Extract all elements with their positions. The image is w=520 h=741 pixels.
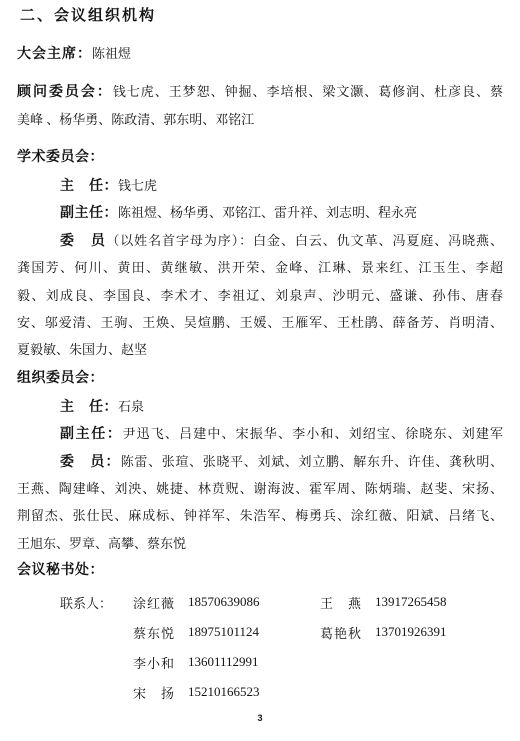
organizing-director-label: 主 任： [60, 398, 118, 414]
advisory-names-line-2: 美峰 、杨华勇、陈政清、郭东明、邓铭江 [17, 106, 503, 134]
contact-phone: 18975101124 [188, 624, 320, 640]
contact-name: 涂红薇 [133, 593, 188, 612]
organizing-members-label: 委 员： [60, 453, 121, 469]
academic-members-first-line: 委 员（以姓名首字母为序）：白金、白云、仇文革、冯夏庭、冯晓燕、 [17, 227, 503, 254]
organizing-deputy-label: 副主任： [60, 425, 123, 441]
academic-members-note: （以姓名首字母为序）： [106, 233, 253, 248]
organizing-members-first-line: 委 员：陈雷、张瑄、张晓平、刘斌、刘立鹏、解东升、许佳、龚秋明、 [17, 448, 503, 475]
organizing-committee-body: 主 任：石泉 副主任：尹迅飞、吕建中、宋振华、李小和、刘绍宝、徐晓东、刘建军 委… [17, 393, 503, 557]
contact-label: 联系人： [60, 593, 133, 612]
chairman-row: 大会主席：陈祖煜 [17, 44, 503, 63]
academic-director-row: 主 任：钱七虎 [17, 172, 503, 199]
academic-deputy-row: 副主任：陈祖煜、杨华勇、邓铭江、雷升祥、刘志明、程永亮 [17, 199, 503, 226]
advisory-label: 顾问委员会： [17, 83, 113, 99]
organizing-director-row: 主 任：石泉 [17, 393, 503, 420]
academic-committee-heading: 学术委员会： [17, 146, 503, 166]
contact-phone: 18570639086 [188, 594, 320, 610]
organizing-committee-heading: 组织委员会： [17, 367, 503, 387]
organizing-deputy-names: 尹迅飞、吕建中、宋振华、李小和、刘绍宝、徐晓东、刘建军 [123, 426, 503, 441]
academic-members-line: 毅、刘成良、李国良、李术才、李祖辽、刘泉声、沙明元、盛谦、孙伟、唐春 [17, 282, 503, 309]
chairman-label: 大会主席： [17, 45, 92, 61]
contact-row: 李小和 13601112991 [60, 647, 503, 677]
academic-members-line: 夏毅敏、朱国力、赵坚 [17, 336, 503, 363]
academic-members-line: 龚国芳、何川、黄田、黄继敏、洪开荣、金峰、江琳、景来红、江玉生、李超 [17, 254, 503, 281]
organizing-members-line: 陈雷、张瑄、张晓平、刘斌、刘立鹏、解东升、许佳、龚秋明、 [121, 454, 503, 469]
contact-row: 宋 扬 15210166523 [60, 677, 503, 707]
academic-deputy-label: 副主任： [60, 204, 118, 220]
academic-members-line: 安、邬爱清、王驹、王焕、吴煊鹏、王媛、王雁军、王杜鹃、薛备芳、肖明清、 [17, 309, 503, 336]
contact-phone: 15210166523 [188, 684, 320, 700]
academic-members: 委 员（以姓名首字母为序）：白金、白云、仇文革、冯夏庭、冯晓燕、 龚国芳、何川、… [17, 227, 503, 364]
contact-phone: 13601112991 [188, 654, 320, 670]
page-title: 二、会议组织机构 [17, 6, 503, 26]
contacts-table: 联系人： 涂红薇 18570639086 王 燕 13917265458 蔡东悦… [60, 587, 503, 707]
contact-phone: 13917265458 [375, 594, 503, 610]
contact-name: 王 燕 [320, 593, 375, 612]
organizing-members: 委 员：陈雷、张瑄、张晓平、刘斌、刘立鹏、解东升、许佳、龚秋明、 王燕、陶建峰、… [17, 448, 503, 558]
organizing-director-name: 石泉 [118, 399, 144, 414]
advisory-first-line: 顾问委员会：钱七虎、王梦恕、钟掘、李培根、梁文灏、葛修润、杜彦良、蔡 [17, 78, 503, 106]
contact-name: 李小和 [133, 653, 188, 672]
organizing-members-line: 王旭东、罗章、高攀、蔡东悦 [17, 530, 503, 557]
academic-members-label: 委 员 [60, 232, 106, 248]
page-number: 3 [0, 713, 520, 723]
secretariat-heading: 会议秘书处： [17, 559, 503, 579]
contact-row: 联系人： 涂红薇 18570639086 王 燕 13917265458 [60, 587, 503, 617]
contact-name: 蔡东悦 [133, 623, 188, 642]
organizing-members-line: 荆留杰、张仕民、麻成标、钟祥军、朱浩军、梅勇兵、涂红薇、阳斌、吕绪飞、 [17, 502, 503, 529]
academic-director-name: 钱七虎 [118, 178, 157, 193]
advisory-committee: 顾问委员会：钱七虎、王梦恕、钟掘、李培根、梁文灏、葛修润、杜彦良、蔡 美峰 、杨… [17, 78, 503, 133]
organizing-members-line: 王燕、陶建峰、刘泱、姚捷、林贲贶、谢海波、霍军周、陈炳瑞、赵斐、宋扬、 [17, 475, 503, 502]
organizing-deputy-row: 副主任：尹迅飞、吕建中、宋振华、李小和、刘绍宝、徐晓东、刘建军 [17, 420, 503, 447]
chairman-name: 陈祖煜 [92, 46, 131, 61]
contact-phone: 13701926391 [375, 624, 503, 640]
document-page: 二、会议组织机构 大会主席：陈祖煜 顾问委员会：钱七虎、王梦恕、钟掘、李培根、梁… [0, 0, 520, 741]
advisory-names-line-1: 钱七虎、王梦恕、钟掘、李培根、梁文灏、葛修润、杜彦良、蔡 [113, 84, 503, 99]
academic-director-label: 主 任： [60, 177, 118, 193]
academic-deputy-names: 陈祖煜、杨华勇、邓铭江、雷升祥、刘志明、程永亮 [118, 205, 417, 220]
page-content: 二、会议组织机构 大会主席：陈祖煜 顾问委员会：钱七虎、王梦恕、钟掘、李培根、梁… [0, 0, 520, 707]
contact-row: 蔡东悦 18975101124 葛艳秋 13701926391 [60, 617, 503, 647]
contact-name: 宋 扬 [133, 683, 188, 702]
academic-members-line: 白金、白云、仇文革、冯夏庭、冯晓燕、 [253, 233, 503, 248]
contact-name: 葛艳秋 [320, 623, 375, 642]
academic-committee-body: 主 任：钱七虎 副主任：陈祖煜、杨华勇、邓铭江、雷升祥、刘志明、程永亮 委 员（… [17, 172, 503, 364]
